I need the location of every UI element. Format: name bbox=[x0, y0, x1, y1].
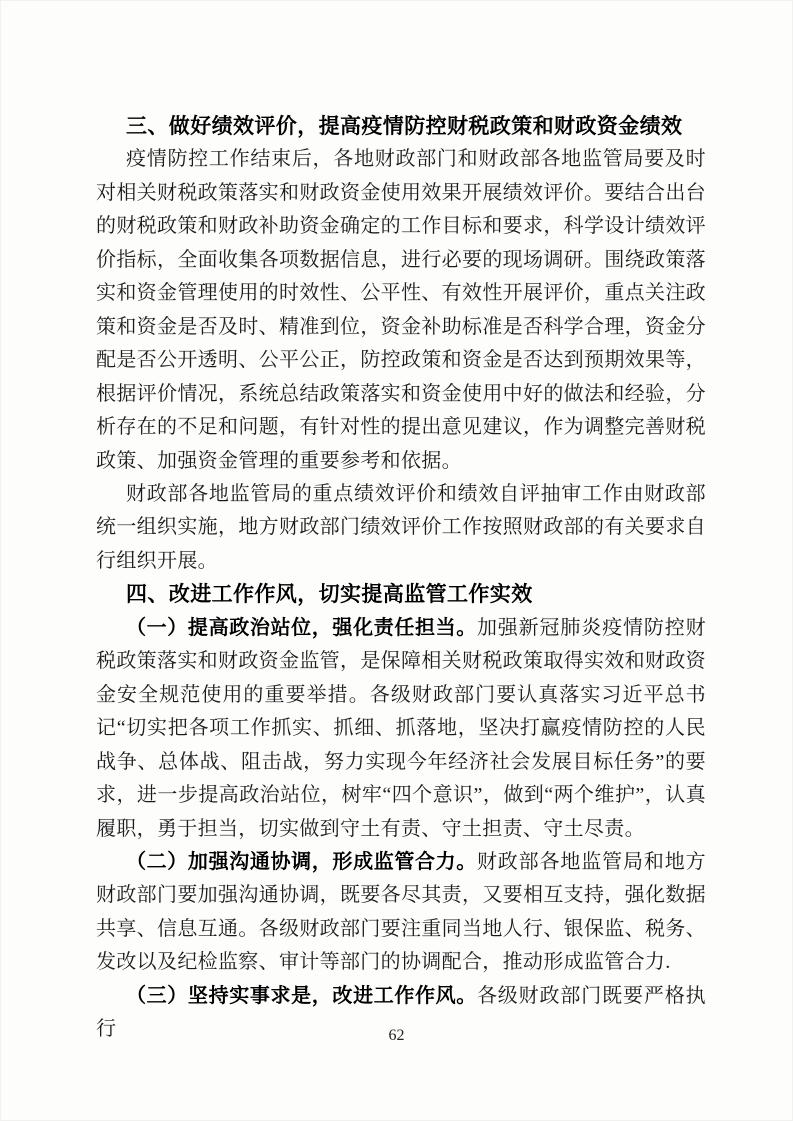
page-number: 62 bbox=[1, 1027, 792, 1045]
body-paragraph: 财政部各地监管局的重点绩效评价和绩效自评抽审工作由财政部统一组织实施，地方财政部… bbox=[96, 478, 706, 578]
paragraph-text: 疫情防控工作结束后，各地财政部门和财政部各地监管局要及时对相关财税政策落实和财政… bbox=[96, 148, 706, 471]
body-paragraph: （一）提高政治站位，强化责任担当。加强新冠肺炎疫情防控财税政策落实和财政资金监管… bbox=[96, 612, 706, 846]
section-heading: 三、做好绩效评价，提高疫情防控财税政策和财政资金绩效 bbox=[96, 110, 706, 143]
paragraph-lead: （二）加强沟通协调，形成监管合力。 bbox=[126, 851, 477, 873]
paragraph-lead: （一）提高政治站位，强化责任担当。 bbox=[126, 617, 477, 639]
body-paragraph: （二）加强沟通协调，形成监管合力。财政部各地监管局和地方财政部门要加强沟通协调，… bbox=[96, 846, 706, 980]
document-content: 三、做好绩效评价，提高疫情防控财税政策和财政资金绩效疫情防控工作结束后，各地财政… bbox=[96, 110, 706, 1047]
document-page: 三、做好绩效评价，提高疫情防控财税政策和财政资金绩效疫情防控工作结束后，各地财政… bbox=[0, 0, 793, 1121]
paragraph-text: 加强新冠肺炎疫情防控财税政策落实和财政资金监管，是保障相关财税政策取得实效和财政… bbox=[96, 617, 706, 840]
body-paragraph: 疫情防控工作结束后，各地财政部门和财政部各地监管局要及时对相关财税政策落实和财政… bbox=[96, 143, 706, 478]
section-heading: 四、改进工作作风，切实提高监管工作实效 bbox=[96, 578, 706, 611]
paragraph-text: 财政部各地监管局的重点绩效评价和绩效自评抽审工作由财政部统一组织实施，地方财政部… bbox=[96, 483, 706, 572]
paragraph-lead: （三）坚持实事求是，改进工作作风。 bbox=[126, 985, 477, 1007]
